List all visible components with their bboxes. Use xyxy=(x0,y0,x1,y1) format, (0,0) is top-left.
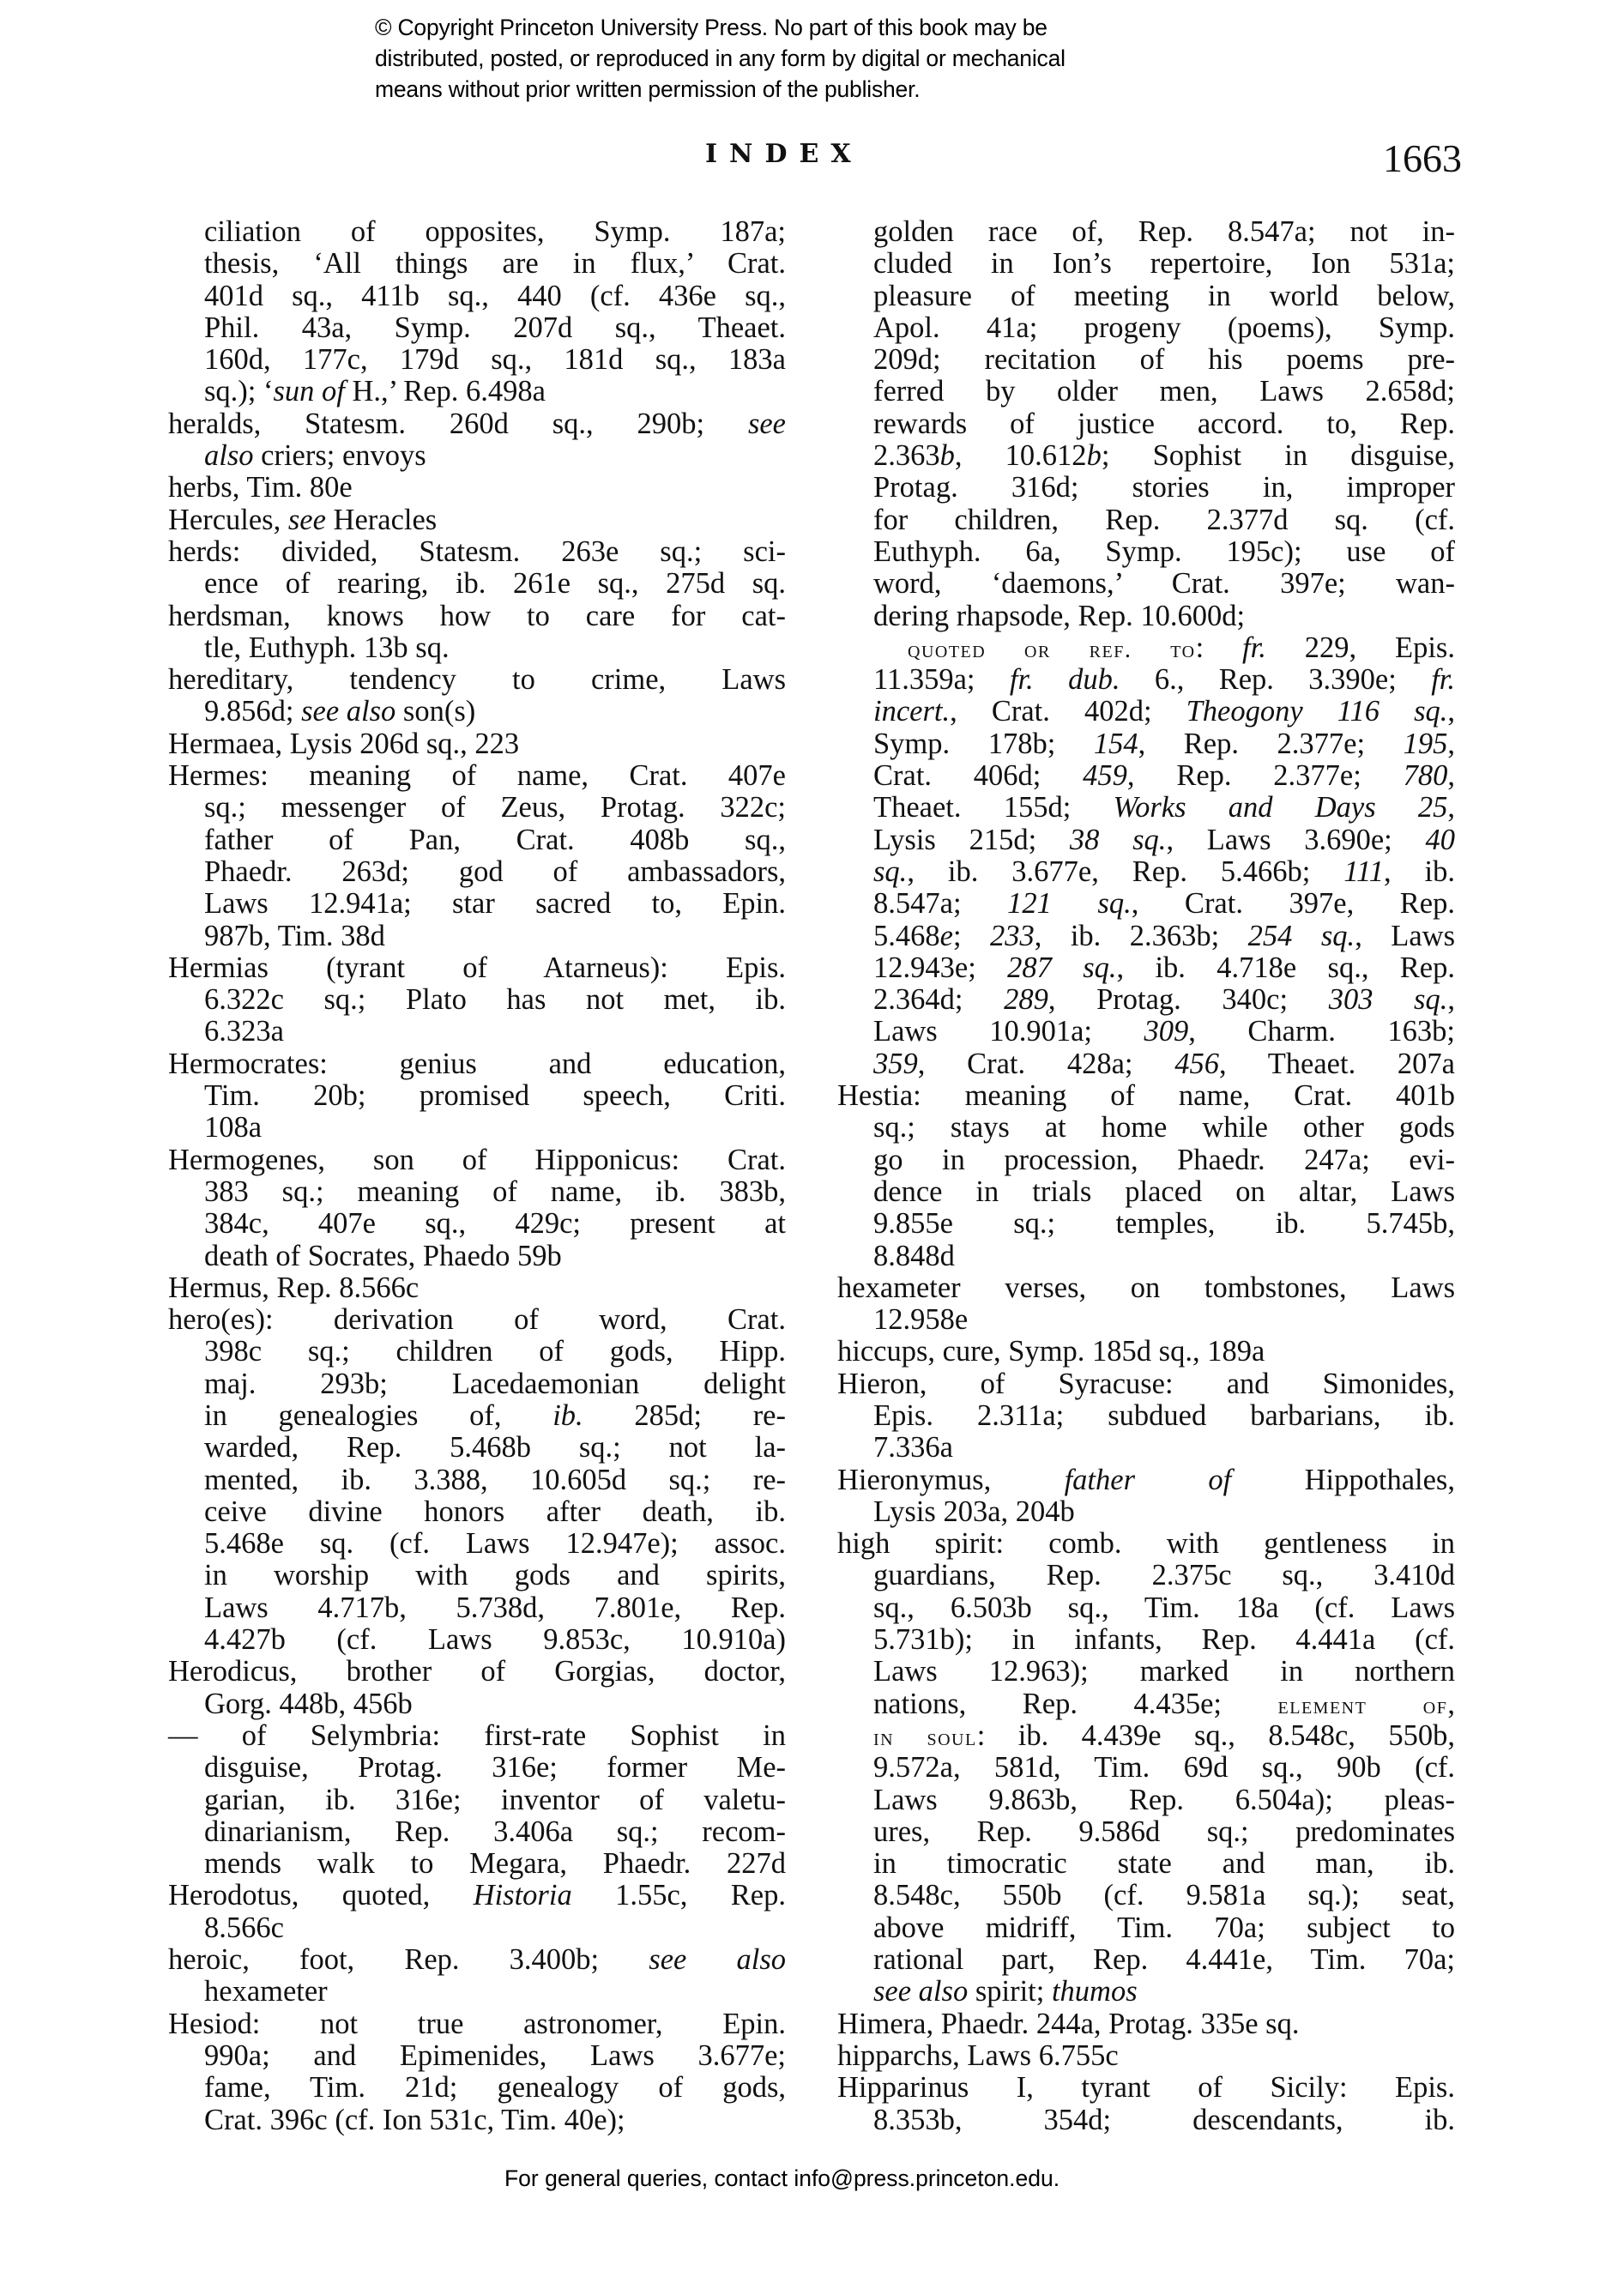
entry-text: rewards of justice accord. to, Rep. xyxy=(873,408,1455,440)
entry-text: 1.55c, Rep. xyxy=(572,1879,786,1912)
copyright-line: distributed, posted, or reproduced in an… xyxy=(375,43,1216,74)
entry-text: , Laws xyxy=(1355,920,1455,952)
index-entry-continuation-line: sq.; stays at home while other gods xyxy=(837,1112,1455,1144)
entry-text: Herodotus, quoted, xyxy=(168,1879,474,1912)
index-entry-heading-line: Hieron, of Syracuse: and Simonides, xyxy=(837,1368,1455,1400)
entry-text: ence of rearing, ib. 261e sq., 275d sq. xyxy=(204,567,786,600)
entry-text: 108a xyxy=(204,1111,262,1144)
italic-text: incert. xyxy=(873,695,950,728)
entry-text: maj. 293b; Lacedaemonian delight xyxy=(204,1368,786,1400)
running-head: INDEX xyxy=(705,139,863,169)
entry-text: 8.547a; xyxy=(873,887,1007,920)
entry-text: Hermaea, Lysis 206d sq., 223 xyxy=(168,728,519,760)
index-entry-continuation-line: 384c, 407e sq., 429c; present at xyxy=(168,1208,786,1240)
index-entry-heading-line: Hieronymus, father of Hippothales, xyxy=(837,1465,1455,1496)
index-entry-continuation-line: 7.336a xyxy=(837,1432,1455,1464)
index-entry-continuation-line: 8.566c xyxy=(168,1912,786,1944)
entry-text: , Charm. 163b; xyxy=(1188,1015,1455,1048)
entry-text: Symp. 178b; xyxy=(873,728,1094,760)
entry-text: , xyxy=(1447,983,1455,1016)
index-entry-continuation-line: 990a; and Epimenides, Laws 3.677e; xyxy=(168,2040,786,2072)
entry-text: 160d, 177c, 179d sq., 181d sq., 183a xyxy=(204,343,786,376)
entry-text: , Protag. 340c; xyxy=(1048,983,1329,1016)
index-entry-continuation-line: warded, Rep. 5.468b sq.; not la- xyxy=(168,1432,786,1464)
index-column-left: ciliation of opposites, Symp. 187a;thesi… xyxy=(168,216,786,2136)
index-entry-continuation-line: 8.848d xyxy=(837,1241,1455,1272)
entry-text: Tim. 20b; promised speech, Criti. xyxy=(204,1079,786,1112)
entry-text: ; Sophist in disguise, xyxy=(1102,439,1455,472)
index-entry-heading-line: Hermes: meaning of name, Crat. 407e xyxy=(168,760,786,792)
footer-contact: For general queries, contact info@press.… xyxy=(504,2165,1060,2192)
index-entry-continuation-line: in worship with gods and spirits, xyxy=(168,1560,786,1591)
index-entry-heading-line: Herodicus, brother of Gorgias, doctor, xyxy=(168,1656,786,1688)
entry-text: Hipparinus I, tyrant of Sicily: Epis. xyxy=(837,2071,1455,2104)
entry-text: ceive divine honors after death, ib. xyxy=(204,1495,786,1528)
index-entry-continuation-line: ures, Rep. 9.586d sq.; predominates xyxy=(837,1816,1455,1848)
entry-text: Laws 9.863b, Rep. 6.504a); pleas- xyxy=(873,1784,1455,1816)
index-entry-continuation-line: 5.731b); in infants, Rep. 4.441a (cf. xyxy=(837,1624,1455,1656)
entry-text: Heracles xyxy=(326,504,437,536)
entry-text: son(s) xyxy=(395,695,475,728)
index-entry-continuation-line: 160d, 177c, 179d sq., 181d sq., 183a xyxy=(168,344,786,376)
index-entry-continuation-line: 2.364d; 289, Protag. 340c; 303 sq., xyxy=(837,984,1455,1016)
entry-text: nations, Rep. 4.435e; xyxy=(873,1688,1278,1720)
entry-text: , xyxy=(1447,728,1455,760)
index-entry-continuation-line: Lysis 203a, 204b xyxy=(837,1496,1455,1528)
italic-text: Historia xyxy=(474,1879,572,1912)
index-entry-continuation-line: ciliation of opposites, Symp. 187a; xyxy=(168,216,786,248)
entry-text: word, ‘daemons,’ Crat. 397e; wan- xyxy=(873,567,1455,600)
entry-text: Hesiod: not true astronomer, Epin. xyxy=(168,2008,786,2040)
entry-text: — of Selymbria: first-rate Sophist in xyxy=(168,1719,786,1752)
index-entry-continuation-line: incert., Crat. 402d; Theogony 116 sq., xyxy=(837,696,1455,728)
index-entry-continuation-line: 9.572a, 581d, Tim. 69d sq., 90b (cf. xyxy=(837,1752,1455,1784)
index-entry-continuation-line: 9.855e sq.; temples, ib. 5.745b, xyxy=(837,1208,1455,1240)
index-entry-heading-line: Hesiod: not true astronomer, Epin. xyxy=(168,2008,786,2040)
entry-text: 2.363 xyxy=(873,439,940,472)
entry-text: 229, Epis. xyxy=(1266,631,1455,664)
entry-text: Hestia: meaning of name, Crat. 401b xyxy=(837,1079,1455,1112)
index-entry-continuation-line: 6.323a xyxy=(168,1016,786,1048)
italic-text: sun of xyxy=(274,375,345,408)
entry-text: 398c sq.; children of gods, Hipp. xyxy=(204,1335,786,1368)
entry-text: , Rep. 2.377e; xyxy=(1138,728,1404,760)
entry-text: 2.364d; xyxy=(873,983,1004,1016)
entry-text: : xyxy=(1196,631,1242,664)
index-entry-continuation-line: Laws 12.941a; star sacred to, Epin. xyxy=(168,888,786,920)
index-entry-continuation-line: Theaet. 155d; Works and Days 25, xyxy=(837,792,1455,824)
index-entry-continuation-line: 8.353b, 354d; descendants, ib. xyxy=(837,2105,1455,2136)
entry-text: Lysis 215d; xyxy=(873,824,1070,856)
entry-text: hipparchs, Laws 6.755c xyxy=(837,2039,1119,2072)
index-entry-continuation-line: 359, Crat. 428a; 456, Theaet. 207a xyxy=(837,1048,1455,1080)
italic-text: 38 sq. xyxy=(1070,824,1167,856)
entry-text: Hermus, Rep. 8.566c xyxy=(168,1271,419,1304)
index-entry-continuation-line: Tim. 20b; promised speech, Criti. xyxy=(168,1080,786,1112)
index-entry-heading-line: Herodotus, quoted, Historia 1.55c, Rep. xyxy=(168,1880,786,1912)
entry-text: Euthyph. 6a, Symp. 195c); use of xyxy=(873,535,1455,568)
index-entry-continuation-line: also criers; envoys xyxy=(168,440,786,472)
index-entry-heading-line: hero(es): derivation of word, Crat. xyxy=(168,1304,786,1336)
index-entry-continuation-line: sq.); ‘sun of H.,’ Rep. 6.498a xyxy=(168,376,786,408)
entry-text: in worship with gods and spirits, xyxy=(204,1559,786,1591)
entry-text: , Crat. 428a; xyxy=(918,1048,1175,1080)
entry-text: Phil. 43a, Symp. 207d sq., Theaet. xyxy=(204,311,786,344)
italic-text: see xyxy=(288,504,326,536)
index-entry-continuation-line: word, ‘daemons,’ Crat. 397e; wan- xyxy=(837,568,1455,600)
entry-text: thesis, ‘All things are in flux,’ Crat. xyxy=(204,247,786,280)
entry-text: Crat. 406d; xyxy=(873,759,1083,792)
index-entry-continuation-line: 209d; recitation of his poems pre- xyxy=(837,344,1455,376)
index-entry-heading-line: — of Selymbria: first-rate Sophist in xyxy=(168,1720,786,1752)
index-entry-continuation-line: Lysis 215d; 38 sq., Laws 3.690e; 40 xyxy=(837,824,1455,856)
italic-text: father of xyxy=(1065,1464,1232,1496)
entry-text: father of Pan, Crat. 408b sq., xyxy=(204,824,786,856)
index-entry-continuation-line: Crat. 396c (cf. Ion 531c, Tim. 40e); xyxy=(168,2105,786,2136)
index-entry-continuation-line: 398c sq.; children of gods, Hipp. xyxy=(168,1336,786,1368)
entry-text: high spirit: comb. with gentleness in xyxy=(837,1527,1455,1560)
entry-text: Phaedr. 263d; god of ambassadors, xyxy=(204,855,786,888)
italic-text: 780 xyxy=(1404,759,1448,792)
entry-text: 8.848d xyxy=(873,1240,955,1272)
italic-text: 287 sq. xyxy=(1007,951,1116,984)
index-entry-heading-line: hereditary, tendency to crime, Laws xyxy=(168,664,786,696)
entry-text: , Crat. 402d; xyxy=(950,695,1186,728)
entry-text: ures, Rep. 9.586d sq.; predominates xyxy=(873,1815,1455,1848)
entry-text: , xyxy=(1447,759,1455,792)
entry-text: 383 sq.; meaning of name, ib. 383b, xyxy=(204,1175,786,1208)
italic-text: sq. xyxy=(873,855,907,888)
index-entry-continuation-line: disguise, Protag. 316e; former Me- xyxy=(168,1752,786,1784)
index-entry-continuation-line: 4.427b (cf. Laws 9.853c, 10.910a) xyxy=(168,1624,786,1656)
entry-text: pleasure of meeting in world below, xyxy=(873,280,1455,312)
italic-text: e xyxy=(940,920,953,952)
index-entry-continuation-line: dence in trials placed on altar, Laws xyxy=(837,1176,1455,1208)
index-entry-continuation-line: 12.958e xyxy=(837,1304,1455,1336)
entry-text: garian, ib. 316e; inventor of valetu- xyxy=(204,1784,786,1816)
index-entry-continuation-line: death of Socrates, Phaedo 59b xyxy=(168,1241,786,1272)
entry-text: Hermias (tyrant of Atarneus): Epis. xyxy=(168,951,786,984)
index-entry-continuation-line: 8.547a; 121 sq., Crat. 397e, Rep. xyxy=(837,888,1455,920)
italic-text: see also xyxy=(873,1975,968,2008)
italic-text: 254 sq. xyxy=(1248,920,1355,952)
entry-text: , Rep. 2.377e; xyxy=(1127,759,1404,792)
index-entry-continuation-line: 8.548c, 550b (cf. 9.581a sq.); seat, xyxy=(837,1880,1455,1912)
index-entry-continuation-line: 401d sq., 411b sq., 440 (cf. 436e sq., xyxy=(168,281,786,312)
copyright-line: © Copyright Princeton University Press. … xyxy=(375,12,1216,43)
entry-text: mented, ib. 3.388, 10.605d sq.; re- xyxy=(204,1464,786,1496)
index-entry-continuation-line: 383 sq.; meaning of name, ib. 383b, xyxy=(168,1176,786,1208)
copyright-line: means without prior written permission o… xyxy=(375,74,1216,105)
index-column-right: golden race of, Rep. 8.547a; not in-clud… xyxy=(837,216,1455,2136)
index-entry-heading-line: herds: divided, Statesm. 263e sq.; sci- xyxy=(168,536,786,568)
index-entry-continuation-line: fame, Tim. 21d; genealogy of gods, xyxy=(168,2072,786,2104)
entry-text: 5.468 xyxy=(873,920,940,952)
index-entry-continuation-line: ceive divine honors after death, ib. xyxy=(168,1496,786,1528)
entry-text: 9.856d; xyxy=(204,695,301,728)
italic-text: Works and Days 25 xyxy=(1114,791,1448,824)
entry-text: herbs, Tim. 80e xyxy=(168,471,353,504)
italic-text: also xyxy=(204,439,254,472)
italic-text: 233 xyxy=(990,920,1035,952)
entry-text: 6., Rep. 3.390e; xyxy=(1120,663,1431,696)
entry-text: , Crat. 397e, Rep. xyxy=(1132,887,1455,920)
page-number: 1663 xyxy=(1383,136,1462,181)
italic-text: 309 xyxy=(1144,1015,1189,1048)
entry-text: above midriff, Tim. 70a; subject to xyxy=(873,1912,1455,1944)
index-entry-continuation-line: mented, ib. 3.388, 10.605d sq.; re- xyxy=(168,1465,786,1496)
index-entry-continuation-line: nations, Rep. 4.435e; element of, xyxy=(837,1688,1455,1720)
italic-text: Theogony 116 sq. xyxy=(1186,695,1448,728)
entry-text: : ib. 4.439e sq., 8.548c, 550b, xyxy=(977,1719,1455,1752)
index-entry-continuation-line: Protag. 316d; stories in, improper xyxy=(837,472,1455,504)
entry-text: hexameter verses, on tombstones, Laws xyxy=(837,1271,1455,1304)
index-entry-continuation-line: maj. 293b; Lacedaemonian delight xyxy=(168,1368,786,1400)
italic-text: fr. xyxy=(1242,631,1266,664)
index-entry-heading-line: hexameter verses, on tombstones, Laws xyxy=(837,1272,1455,1304)
index-entry-continuation-line: Laws 12.963); marked in northern xyxy=(837,1656,1455,1688)
entry-text: ; xyxy=(953,920,990,952)
entry-text: , ib. 4.718e sq., Rep. xyxy=(1117,951,1455,984)
entry-text: warded, Rep. 5.468b sq.; not la- xyxy=(204,1431,786,1464)
entry-text: 384c, 407e sq., 429c; present at xyxy=(204,1207,786,1240)
italic-text: 459 xyxy=(1083,759,1127,792)
entry-text: heralds, Statesm. 260d sq., 290b; xyxy=(168,408,748,440)
copyright-notice: © Copyright Princeton University Press. … xyxy=(375,12,1216,105)
entry-text: rational part, Rep. 4.441e, Tim. 70a; xyxy=(873,1943,1455,1976)
index-entry-heading-line: Hermocrates: genius and education, xyxy=(168,1048,786,1080)
entry-text: heroic, foot, Rep. 3.400b; xyxy=(168,1943,649,1976)
entry-text: sq.; stays at home while other gods xyxy=(873,1111,1455,1144)
entry-text: Hieronymus, xyxy=(837,1464,1065,1496)
entry-text: , Laws 3.690e; xyxy=(1166,824,1425,856)
index-entry-heading-line: Hestia: meaning of name, Crat. 401b xyxy=(837,1080,1455,1112)
index-entry-continuation-line: Phil. 43a, Symp. 207d sq., Theaet. xyxy=(168,312,786,344)
italic-text: ib. xyxy=(552,1399,583,1432)
entry-text: 5.731b); in infants, Rep. 4.441a (cf. xyxy=(873,1623,1455,1656)
entry-text: 8.566c xyxy=(204,1912,284,1944)
entry-text: criers; envoys xyxy=(254,439,426,472)
entry-text: Laws 4.717b, 5.738d, 7.801e, Rep. xyxy=(204,1591,786,1624)
italic-text: see xyxy=(748,408,786,440)
index-entry-continuation-line: 987b, Tim. 38d xyxy=(168,921,786,952)
entry-text: hiccups, cure, Symp. 185d sq., 189a xyxy=(837,1335,1265,1368)
index-entry-heading-line: Hercules, see Heracles xyxy=(168,504,786,536)
small-caps-text: quoted or ref. to xyxy=(908,637,1196,663)
index-entry-continuation-line: sq.; messenger of Zeus, Protag. 322c; xyxy=(168,792,786,824)
index-entry-continuation-line: father of Pan, Crat. 408b sq., xyxy=(168,824,786,856)
entry-text: Protag. 316d; stories in, improper xyxy=(873,471,1455,504)
index-entry-continuation-line: 6.322c sq.; Plato has not met, ib. xyxy=(168,984,786,1016)
entry-text: 9.572a, 581d, Tim. 69d sq., 90b (cf. xyxy=(873,1751,1455,1784)
index-entry-continuation-line: cluded in Ion’s repertoire, Ion 531a; xyxy=(837,248,1455,280)
entry-text: golden race of, Rep. 8.547a; not in- xyxy=(873,215,1455,248)
entry-text: hexameter xyxy=(204,1975,328,2008)
entry-text: disguise, Protag. 316e; former Me- xyxy=(204,1751,786,1784)
entry-text: ferred by older men, Laws 2.658d; xyxy=(873,375,1455,408)
entry-text: 11.359a; xyxy=(873,663,1010,696)
index-entry-heading-line: hiccups, cure, Symp. 185d sq., 189a xyxy=(837,1336,1455,1368)
italic-text: see also xyxy=(301,695,395,728)
small-caps-text: in soul xyxy=(873,1724,977,1751)
entry-text: , xyxy=(1447,695,1455,728)
entry-text: for children, Rep. 2.377d sq. (cf. xyxy=(873,504,1455,536)
index-entry-continuation-line: thesis, ‘All things are in flux,’ Crat. xyxy=(168,248,786,280)
entry-text: 401d sq., 411b sq., 440 (cf. 436e sq., xyxy=(204,280,786,312)
index-entry-continuation-line: 11.359a; fr. dub. 6., Rep. 3.390e; fr. xyxy=(837,664,1455,696)
index-entry-continuation-line: ence of rearing, ib. 261e sq., 275d sq. xyxy=(168,568,786,600)
entry-text: Hieron, of Syracuse: and Simonides, xyxy=(837,1368,1455,1400)
index-entry-continuation-line: Crat. 406d; 459, Rep. 2.377e; 780, xyxy=(837,760,1455,792)
italic-text: 303 sq. xyxy=(1329,983,1448,1016)
index-entry-continuation-line: for children, Rep. 2.377d sq. (cf. xyxy=(837,504,1455,536)
entry-text: 209d; recitation of his poems pre- xyxy=(873,343,1455,376)
index-entry-continuation-line: Symp. 178b; 154, Rep. 2.377e; 195, xyxy=(837,728,1455,760)
index-entry-continuation-line: Gorg. 448b, 456b xyxy=(168,1688,786,1720)
entry-text: go in procession, Phaedr. 247a; evi- xyxy=(873,1144,1455,1176)
index-entry-continuation-line: Phaedr. 263d; god of ambassadors, xyxy=(168,856,786,888)
entry-text: in timocratic state and man, ib. xyxy=(873,1847,1455,1880)
entry-text: 285d; re- xyxy=(583,1399,786,1432)
entry-text: Crat. 396c (cf. Ion 531c, Tim. 40e); xyxy=(204,2104,625,2136)
index-entry-continuation-line: ferred by older men, Laws 2.658d; xyxy=(837,376,1455,408)
italic-text: 195 xyxy=(1404,728,1448,760)
italic-text: 111 xyxy=(1343,855,1384,888)
entry-text: Hercules, xyxy=(168,504,288,536)
entry-text: dence in trials placed on altar, Laws xyxy=(873,1175,1455,1208)
entry-text: dinarianism, Rep. 3.406a sq.; recom- xyxy=(204,1815,786,1848)
entry-text: guardians, Rep. 2.375c sq., 3.410d xyxy=(873,1559,1455,1591)
entry-text: fame, Tim. 21d; genealogy of gods, xyxy=(204,2071,786,2104)
entry-text: mends walk to Megara, Phaedr. 227d xyxy=(204,1847,786,1880)
italic-text: b xyxy=(940,439,955,472)
italic-text: 40 xyxy=(1426,824,1456,856)
entry-text: 6.322c sq.; Plato has not met, ib. xyxy=(204,983,786,1016)
index-entry-continuation-line: 5.468e sq. (cf. Laws 12.947e); assoc. xyxy=(168,1528,786,1560)
italic-text: see also xyxy=(649,1943,786,1976)
entry-text: Apol. 41a; progeny (poems), Symp. xyxy=(873,311,1455,344)
entry-text: 990a; and Epimenides, Laws 3.677e; xyxy=(204,2039,786,2072)
entry-text: Laws 10.901a; xyxy=(873,1015,1144,1048)
entry-text: Laws 12.963); marked in northern xyxy=(873,1655,1455,1688)
entry-text: 987b, Tim. 38d xyxy=(204,920,385,952)
entry-text: hereditary, tendency to crime, Laws xyxy=(168,663,786,696)
italic-text: 359 xyxy=(873,1048,918,1080)
entry-text: in genealogies of, xyxy=(204,1399,552,1432)
entry-text: , ib. xyxy=(1384,855,1455,888)
index-entry-continuation-line: go in procession, Phaedr. 247a; evi- xyxy=(837,1145,1455,1176)
entry-text: 4.427b (cf. Laws 9.853c, 10.910a) xyxy=(204,1623,786,1656)
italic-text: fr. xyxy=(1431,663,1455,696)
entry-text: 12.943e; xyxy=(873,951,1007,984)
entry-text: 12.958e xyxy=(873,1303,968,1336)
italic-text: 289 xyxy=(1004,983,1048,1016)
index-entry-heading-line: Hermogenes, son of Hipponicus: Crat. xyxy=(168,1145,786,1176)
index-entry-heading-line: heralds, Statesm. 260d sq., 290b; see xyxy=(168,408,786,440)
index-entry-heading-line: high spirit: comb. with gentleness in xyxy=(837,1528,1455,1560)
index-entry-heading-line: heroic, foot, Rep. 3.400b; see also xyxy=(168,1944,786,1976)
index-entry-continuation-line: Euthyph. 6a, Symp. 195c); use of xyxy=(837,536,1455,568)
italic-text: fr. dub. xyxy=(1010,663,1120,696)
index-entry-continuation-line: guardians, Rep. 2.375c sq., 3.410d xyxy=(837,1560,1455,1591)
entry-text: , ib. 3.677e, Rep. 5.466b; xyxy=(907,855,1343,888)
index-entry-continuation-line: 12.943e; 287 sq., ib. 4.718e sq., Rep. xyxy=(837,952,1455,984)
entry-text: Theaet. 155d; xyxy=(873,791,1114,824)
index-entry-heading-line: Hermaea, Lysis 206d sq., 223 xyxy=(168,728,786,760)
index-entry-heading-line: herdsman, knows how to care for cat- xyxy=(168,601,786,632)
index-entry-continuation-line: above midriff, Tim. 70a; subject to xyxy=(837,1912,1455,1944)
entry-text: 8.353b, 354d; descendants, ib. xyxy=(873,2104,1455,2136)
index-entry-heading-line: Hermias (tyrant of Atarneus): Epis. xyxy=(168,952,786,984)
index-entry-continuation-line: in soul: ib. 4.439e sq., 8.548c, 550b, xyxy=(837,1720,1455,1752)
index-entry-heading-line: Himera, Phaedr. 244a, Protag. 335e sq. xyxy=(837,2008,1455,2040)
index-entry-continuation-line: in timocratic state and man, ib. xyxy=(837,1848,1455,1880)
index-entry-continuation-line: Epis. 2.311a; subdued barbarians, ib. xyxy=(837,1400,1455,1432)
index-entry-continuation-line: Laws 4.717b, 5.738d, 7.801e, Rep. xyxy=(168,1592,786,1624)
entry-text: death of Socrates, Phaedo 59b xyxy=(204,1240,562,1272)
entry-text: ciliation of opposites, Symp. 187a; xyxy=(204,215,786,248)
index-entry-heading-line: herbs, Tim. 80e xyxy=(168,472,786,504)
entry-text: spirit; xyxy=(968,1975,1052,2008)
entry-text: , 10.612 xyxy=(955,439,1087,472)
entry-text: sq.; messenger of Zeus, Protag. 322c; xyxy=(204,791,786,824)
italic-text: 154 xyxy=(1094,728,1138,760)
entry-text: hero(es): derivation of word, Crat. xyxy=(168,1303,786,1336)
entry-text: Hermocrates: genius and education, xyxy=(168,1048,786,1080)
entry-text: 8.548c, 550b (cf. 9.581a sq.); seat, xyxy=(873,1879,1455,1912)
entry-text: 9.855e sq.; temples, ib. 5.745b, xyxy=(873,1207,1455,1240)
entry-text: 6.323a xyxy=(204,1015,284,1048)
italic-text: 456 xyxy=(1174,1048,1219,1080)
entry-text: tle, Euthyph. 13b sq. xyxy=(204,631,450,664)
entry-text: , ib. 2.363b; xyxy=(1035,920,1248,952)
entry-text: Lysis 203a, 204b xyxy=(873,1495,1075,1528)
index-entry-continuation-line: Apol. 41a; progeny (poems), Symp. xyxy=(837,312,1455,344)
index-entry-continuation-line: rewards of justice accord. to, Rep. xyxy=(837,408,1455,440)
index-entry-heading-line: Hermus, Rep. 8.566c xyxy=(168,1272,786,1304)
small-caps-text: element of xyxy=(1278,1693,1448,1719)
entry-text: herds: divided, Statesm. 263e sq.; sci- xyxy=(168,535,786,568)
index-entry-continuation-line: hexameter xyxy=(168,1976,786,2008)
index-entry-continuation-line: 5.468e; 233, ib. 2.363b; 254 sq., Laws xyxy=(837,921,1455,952)
entry-text: Epis. 2.311a; subdued barbarians, ib. xyxy=(873,1399,1455,1432)
index-entry-heading-line: hipparchs, Laws 6.755c xyxy=(837,2040,1455,2072)
index-entry-heading-line: Hipparinus I, tyrant of Sicily: Epis. xyxy=(837,2072,1455,2104)
entry-text: H.,’ Rep. 6.498a xyxy=(345,375,546,408)
entry-text: Hippothales, xyxy=(1231,1464,1455,1496)
index-entry-continuation-line: sq., ib. 3.677e, Rep. 5.466b; 111, ib. xyxy=(837,856,1455,888)
index-entry-continuation-line: tle, Euthyph. 13b sq. xyxy=(168,632,786,664)
entry-text: , xyxy=(1447,791,1455,824)
index-entry-continuation-line: see also spirit; thumos xyxy=(837,1976,1455,2008)
index-entry-continuation-line: rational part, Rep. 4.441e, Tim. 70a; xyxy=(837,1944,1455,1976)
entry-text: Herodicus, brother of Gorgias, doctor, xyxy=(168,1655,786,1688)
entry-text: sq.); ‘ xyxy=(204,375,274,408)
index-entry-continuation-line: dering rhapsode, Rep. 10.600d; xyxy=(837,601,1455,632)
entry-text: sq., 6.503b sq., Tim. 18a (cf. Laws xyxy=(873,1591,1455,1624)
index-entry-continuation-line: 9.856d; see also son(s) xyxy=(168,696,786,728)
index-entry-continuation-line: golden race of, Rep. 8.547a; not in- xyxy=(837,216,1455,248)
index-entry-continuation-line: pleasure of meeting in world below, xyxy=(837,281,1455,312)
entry-text: Hermes: meaning of name, Crat. 407e xyxy=(168,759,786,792)
entry-text: Himera, Phaedr. 244a, Protag. 335e sq. xyxy=(837,2008,1299,2040)
index-entry-continuation-line: sq., 6.503b sq., Tim. 18a (cf. Laws xyxy=(837,1592,1455,1624)
index-entry-continuation-line: Laws 10.901a; 309, Charm. 163b; xyxy=(837,1016,1455,1048)
entry-text: Gorg. 448b, 456b xyxy=(204,1688,413,1720)
entry-text: dering rhapsode, Rep. 10.600d; xyxy=(873,600,1245,632)
index-entry-continuation-line: Laws 9.863b, Rep. 6.504a); pleas- xyxy=(837,1785,1455,1816)
index-entry-continuation-line: dinarianism, Rep. 3.406a sq.; recom- xyxy=(168,1816,786,1848)
